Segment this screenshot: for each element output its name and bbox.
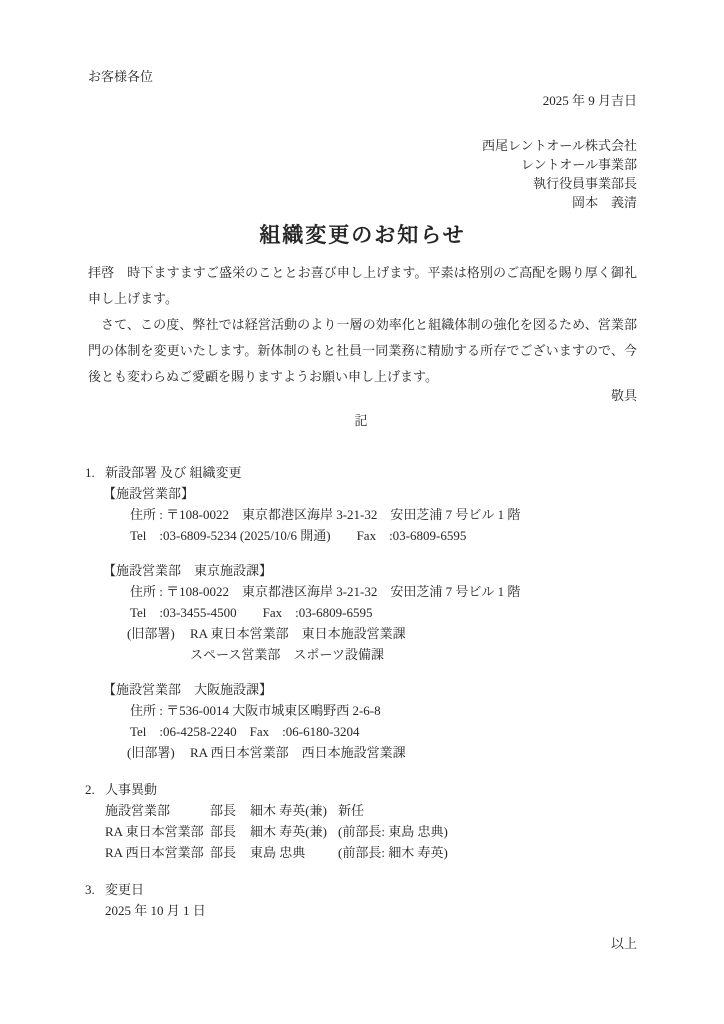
section-2-heading: 2. 人事異動 [85,779,637,800]
dept-block-shisetsu-eigyobu: 【施設営業部】 住所 : 〒108-0022 東京都港区海岸 3-21-32 安… [88,483,637,546]
old-dept-item: スペース営業部 スポーツ設備課 [190,644,637,665]
personnel-row: RA 東日本営業部 部長 細木 寿英(兼) (前部長: 東島 忠典) [105,821,637,842]
old-dept-label: (旧部署) [127,742,190,763]
sender-block: 西尾レントオール株式会社 レントオール事業部 執行役員事業部長 岡本 義清 [88,136,637,212]
section-1-heading: 1. 新設部署 及び 組織変更 [85,462,637,483]
section-2-number: 2. [85,779,105,800]
section-3-number: 3. [85,879,105,900]
sender-role: 執行役員事業部長 [88,174,637,193]
personnel-role: 部長 [210,800,250,821]
section-2-heading-text: 人事異動 [105,779,157,800]
effective-date: 2025 年 10 月 1 日 [105,900,637,921]
personnel-role: 部長 [210,821,250,842]
greeting-paragraph-2: さて、この度、弊社では経営活動のより一層の効率化と組織体制の強化を図るため、営業… [88,312,637,390]
document-title: 組織変更のお知らせ [88,222,637,248]
end-marker-ijou: 以上 [88,935,637,953]
dept-address: 住所 : 〒108-0022 東京都港区海岸 3-21-32 安田芝浦 7 号ビ… [130,581,637,602]
personnel-note: 新任 [338,800,637,821]
section-3-heading: 3. 変更日 [85,879,637,900]
section-new-departments: 1. 新設部署 及び 組織変更 【施設営業部】 住所 : 〒108-0022 東… [88,462,637,763]
old-dept-list: RA 東日本営業部 東日本施設営業課 スペース営業部 スポーツ設備課 [190,623,637,665]
old-department-row: (旧部署) RA 西日本営業部 西日本施設営業課 [127,742,637,763]
section-1-heading-text: 新設部署 及び 組織変更 [105,462,242,483]
record-marker-ki: 記 [88,412,637,430]
section-1-number: 1. [85,462,105,483]
dept-name: 【施設営業部】 [103,483,637,504]
personnel-note: (前部長: 細木 寿英) [338,842,637,863]
section-effective-date: 3. 変更日 2025 年 10 月 1 日 [88,879,637,921]
dept-telfax: Tel :06-4258-2240 Fax :06-6180-3204 [130,721,637,742]
closing-keigu: 敬具 [88,388,637,404]
old-dept-list: RA 西日本営業部 西日本施設営業課 [190,742,637,763]
old-dept-item: RA 西日本営業部 西日本施設営業課 [190,742,637,763]
personnel-row: 施設営業部 部長 細木 寿英(兼) 新任 [105,800,637,821]
letter-page: お客様各位 2025 年 9 月吉日 西尾レントオール株式会社 レントオール事業… [0,0,724,1024]
dept-block-osaka-shisetsuka: 【施設営業部 大阪施設課】 住所 : 〒536-0014 大阪市城東区鴫野西 2… [88,679,637,763]
personnel-dept: RA 東日本営業部 [105,821,210,842]
personnel-dept: RA 西日本営業部 [105,842,210,863]
dept-telfax: Tel :03-6809-5234 (2025/10/6 開通) Fax :03… [130,525,637,546]
old-dept-item: RA 東日本営業部 東日本施設営業課 [190,623,637,644]
dept-address: 住所 : 〒536-0014 大阪市城東区鴫野西 2-6-8 [130,700,637,721]
personnel-row: RA 西日本営業部 部長 東島 忠典 (前部長: 細木 寿英) [105,842,637,863]
section-3-heading-text: 変更日 [105,879,144,900]
sender-name: 岡本 義清 [88,193,637,212]
personnel-note: (前部長: 東島 忠典) [338,821,637,842]
recipient-line: お客様各位 [88,68,637,86]
section-personnel-changes: 2. 人事異動 施設営業部 部長 細木 寿英(兼) 新任 RA 東日本営業部 部… [88,779,637,863]
sender-company: 西尾レントオール株式会社 [88,136,637,155]
greeting-body: 拝啓 時下ますますご盛栄のこととお喜び申し上げます。平素は格別のご高配を賜り厚く… [88,260,637,390]
personnel-role: 部長 [210,842,250,863]
sender-division: レントオール事業部 [88,155,637,174]
dept-name: 【施設営業部 大阪施設課】 [103,679,637,700]
dept-name: 【施設営業部 東京施設課】 [103,560,637,581]
dept-block-tokyo-shisetsuka: 【施設営業部 東京施設課】 住所 : 〒108-0022 東京都港区海岸 3-2… [88,560,637,665]
personnel-name: 細木 寿英(兼) [250,821,338,842]
issue-date: 2025 年 9 月吉日 [88,92,637,110]
dept-address: 住所 : 〒108-0022 東京都港区海岸 3-21-32 安田芝浦 7 号ビ… [130,504,637,525]
greeting-paragraph-1: 拝啓 時下ますますご盛栄のこととお喜び申し上げます。平素は格別のご高配を賜り厚く… [88,260,637,312]
personnel-name: 東島 忠典 [250,842,338,863]
old-dept-label: (旧部署) [127,623,190,665]
dept-telfax: Tel :03-3455-4500 Fax :03-6809-6595 [130,602,637,623]
old-department-row: (旧部署) RA 東日本営業部 東日本施設営業課 スペース営業部 スポーツ設備課 [127,623,637,665]
personnel-dept: 施設営業部 [105,800,210,821]
personnel-name: 細木 寿英(兼) [250,800,338,821]
